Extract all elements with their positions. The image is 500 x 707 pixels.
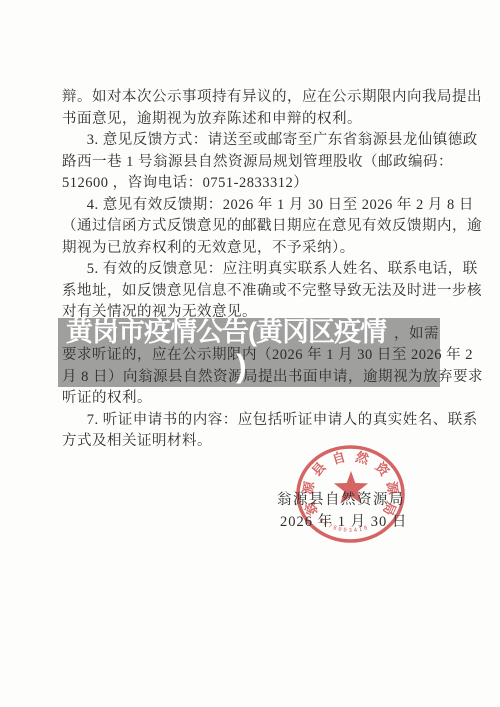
seal-arc-char: 自	[330, 449, 347, 467]
text-line: 系地址，如反馈意见信息不准确或不完整导致无法及时进一步核	[62, 281, 439, 303]
text-line: 辩。如对本次公示事项持有异议的，应在公示期限内向我局提出	[62, 87, 439, 109]
text-line: 5. 有效的反馈意见：应注明真实联系人姓名、联系电话，联	[62, 259, 439, 281]
text-line: 7. 听证申请书的内容：应包括听证申请人的真实姓名、联系	[62, 410, 439, 432]
signature-org: 翁源县自然资源局	[277, 488, 405, 509]
scanned-document-page: 辩。如对本次公示事项持有异议的，应在公示期限内向我局提出书面意见，逾期视为放弃陈…	[0, 0, 500, 707]
text-line: 3. 意见反馈方式：请送至或邮寄至广东省翁源县龙仙镇德政	[62, 130, 439, 152]
watermark-title-line1: 黄岗市疫情公告(黄冈区疫情	[66, 317, 442, 348]
text-line: （通过信函方式反馈意见的邮戳日期应在意见有效反馈期内，逾	[62, 216, 439, 238]
document-text: 辩。如对本次公示事项持有异议的，应在公示期限内向我局提出书面意见，逾期视为放弃陈…	[62, 87, 439, 453]
seal-arc-char: 然	[354, 449, 372, 467]
text-line: 期视为已放弃权利的无效意见，不予采纳）。	[62, 238, 439, 260]
text-line: 书面意见，逾期视为放弃陈述和申辩的权利。	[62, 109, 439, 131]
text-line: 听证的权利。	[62, 388, 439, 410]
signature-date: 2026 年 1 月 30 日	[280, 510, 407, 531]
text-line: 路西一巷 1 号翁源县自然资源局规划管理股收（邮政编码：	[62, 152, 439, 174]
text-line: 4. 意见有效反馈期：2026 年 1 月 30 日至 2026 年 2 月 8…	[62, 195, 439, 217]
watermark-title-line2: )	[236, 346, 247, 386]
text-line: 512600 ，咨询电话：0751-2833312）	[62, 173, 439, 195]
